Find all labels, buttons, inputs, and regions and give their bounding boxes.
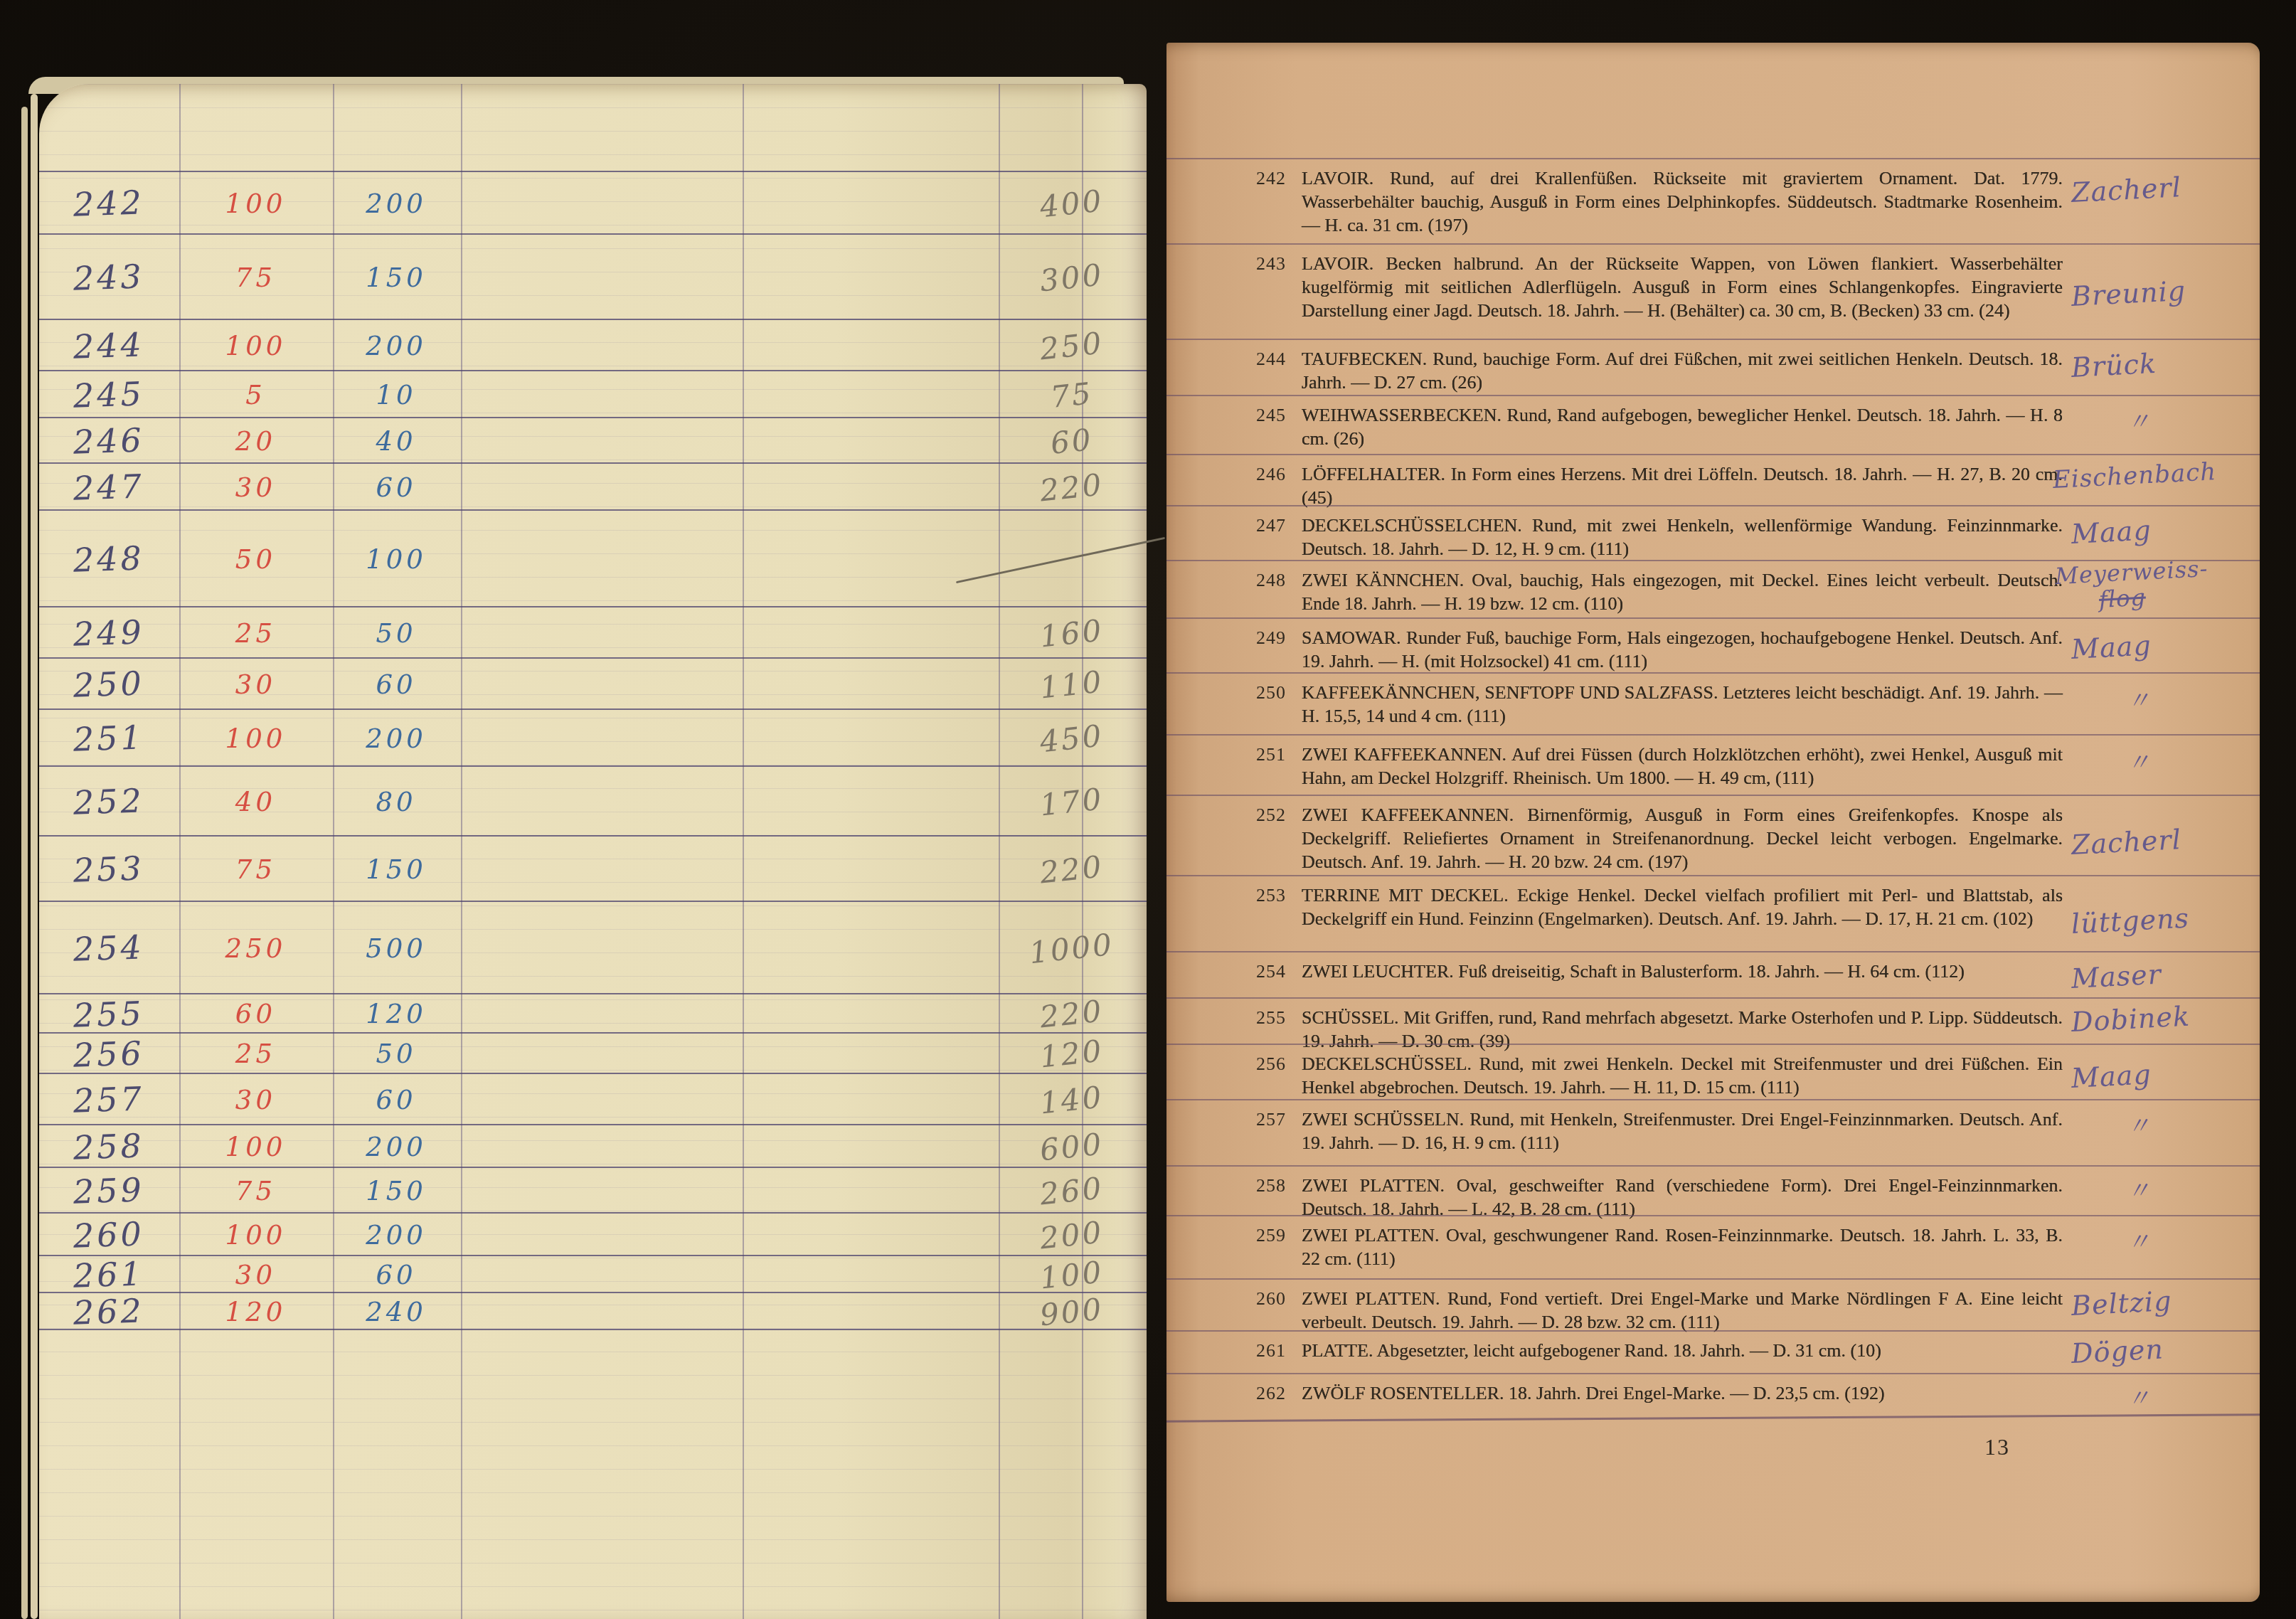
ledger-row: 2542505001000 — [39, 901, 1147, 994]
lot-number: 259 — [73, 1170, 145, 1211]
ledger-row: 260100200200 — [39, 1212, 1147, 1256]
estimate-low: 100 — [225, 189, 287, 219]
buyer-name: Beltzig — [2071, 1280, 2265, 1322]
hammer-price: 450 — [1038, 718, 1105, 759]
estimate-high: 200 — [366, 1132, 427, 1162]
lot-number: 254 — [73, 928, 145, 968]
entry-text: LÖFFELHALTER. In Form eines Herzens. Mit… — [1302, 455, 2063, 509]
entry-text: TAUFBECKEN. Rund, bauchige Form. Auf dre… — [1302, 340, 2063, 394]
estimate-high: 50 — [376, 618, 416, 649]
estimate-low: 75 — [235, 854, 276, 885]
entry-number: 261 — [1246, 1340, 1286, 1361]
ledger-row: 2473060220 — [39, 462, 1147, 511]
hammer-price: 260 — [1038, 1170, 1105, 1211]
estimate-high: 200 — [366, 723, 427, 754]
ledger-row-end — [39, 1329, 1147, 1332]
entry-number: 259 — [1246, 1225, 1286, 1246]
entry-text: LAVOIR. Becken halbrund. An der Rückseit… — [1302, 245, 2063, 322]
ledger-row: 2492550160 — [39, 606, 1147, 659]
entry-number: 250 — [1246, 682, 1286, 704]
buyer-name: Dögen — [2071, 1328, 2265, 1369]
hammer-price: 1000 — [1028, 926, 1115, 970]
entry-number: 246 — [1246, 464, 1286, 485]
ledger-row: 2503060110 — [39, 657, 1147, 710]
ledger-row: 25375150220 — [39, 835, 1147, 902]
catalog-page: 242LAVOIR. Rund, auf drei Krallenfüßen. … — [1166, 43, 2260, 1602]
entry-number: 256 — [1246, 1053, 1286, 1075]
lot-number: 249 — [73, 612, 145, 653]
catalog-entry: 245WEIHWASSERBECKEN. Rund, Rand aufgebog… — [1166, 395, 2260, 455]
estimate-high: 60 — [376, 1085, 416, 1115]
estimate-high: 240 — [366, 1297, 427, 1327]
ledger-row: 24850100 — [39, 509, 1147, 607]
estimate-high: 60 — [376, 472, 416, 503]
entry-number: 249 — [1246, 627, 1286, 649]
lot-number: 256 — [73, 1034, 145, 1074]
lot-number: 246 — [73, 420, 145, 461]
buyer-name: Maag — [2071, 1053, 2265, 1094]
hammer-price: 220 — [1038, 849, 1105, 890]
lot-number: 255 — [73, 994, 145, 1034]
estimate-high: 120 — [366, 999, 427, 1029]
entry-number: 245 — [1246, 405, 1286, 426]
hammer-price: 60 — [1049, 422, 1095, 461]
catalog-entry: 255SCHÜSSEL. Mit Griffen, rund, Rand meh… — [1166, 997, 2260, 1045]
entry-text: ZWEI KAFFEEKANNEN. Auf drei Füssen (durc… — [1302, 736, 2063, 790]
entry-number: 258 — [1246, 1175, 1286, 1196]
estimate-low: 100 — [225, 1220, 287, 1251]
catalog-entry: 244TAUFBECKEN. Rund, bauchige Form. Auf … — [1166, 339, 2260, 396]
entry-number: 248 — [1246, 570, 1286, 591]
catalog-entry: 256DECKELSCHÜSSEL. Rund, mit zwei Henkel… — [1166, 1044, 2260, 1100]
lot-number: 244 — [73, 325, 145, 366]
catalog-entry: 254ZWEI LEUCHTER. Fuß dreiseitig, Schaft… — [1166, 951, 2260, 999]
entry-number: 244 — [1246, 349, 1286, 370]
entry-number: 262 — [1246, 1383, 1286, 1404]
buyer-ditto-mark: 〃 — [2071, 1101, 2296, 1145]
estimate-low: 30 — [235, 1260, 276, 1290]
hammer-price: 300 — [1038, 257, 1105, 298]
lot-number: 247 — [73, 467, 145, 507]
estimate-low: 75 — [235, 262, 276, 293]
catalog-entry: 246LÖFFELHALTER. In Form eines Herzens. … — [1166, 454, 2260, 506]
entry-text: ZWEI PLATTEN. Oval, geschweifter Rand (v… — [1302, 1167, 2063, 1221]
entry-text: WEIHWASSERBECKEN. Rund, Rand aufgebogen,… — [1302, 396, 2063, 450]
lot-number: 242 — [73, 183, 145, 223]
estimate-low: 25 — [235, 1039, 276, 1069]
page-number: 13 — [1984, 1434, 2010, 1460]
entry-text: DECKELSCHÜSSEL. Rund, mit zwei Henkeln. … — [1302, 1045, 2063, 1099]
buyer-name: Dobinek — [2071, 997, 2265, 1038]
estimate-high: 40 — [376, 426, 416, 457]
ledger-row: 24551075 — [39, 370, 1147, 418]
catalog-entry: 257ZWEI SCHÜSSELN. Rund, mit Henkeln, St… — [1166, 1099, 2260, 1167]
page-stack-edge — [21, 107, 28, 1619]
buyer-ditto-mark: 〃 — [2071, 397, 2296, 441]
estimate-high: 150 — [366, 854, 427, 885]
page-stack-edge — [31, 94, 38, 1619]
lot-number: 252 — [73, 781, 145, 822]
lot-number: 253 — [73, 849, 145, 889]
entry-number: 255 — [1246, 1007, 1286, 1029]
entry-text: PLATTE. Abgesetzter, leicht aufgebogener… — [1302, 1332, 2063, 1362]
estimate-low: 20 — [235, 426, 276, 457]
catalog-entry: 249SAMOWAR. Runder Fuß, bauchige Form, H… — [1166, 617, 2260, 674]
entry-number: 260 — [1246, 1288, 1286, 1310]
lot-number: 251 — [73, 718, 145, 758]
catalog-entry: 247DECKELSCHÜSSELCHEN. Rund, mit zwei He… — [1166, 505, 2260, 561]
lot-number: 243 — [73, 257, 145, 297]
buyer-ditto-mark: 〃 — [2071, 1374, 2296, 1418]
estimate-high: 500 — [366, 933, 427, 964]
estimate-high: 200 — [366, 1220, 427, 1251]
lot-number: 248 — [73, 538, 145, 579]
estimate-high: 80 — [376, 787, 416, 817]
estimate-low: 30 — [235, 472, 276, 503]
estimate-high: 50 — [376, 1039, 416, 1069]
buyer-name: lüttgens — [2071, 898, 2265, 940]
catalog-entry: 250KAFFEEKÄNNCHEN, SENFTOPF UND SALZFASS… — [1166, 672, 2260, 736]
buyer-name: Meyerweiss-flog — [2054, 553, 2250, 615]
ledger-row: 246204060 — [39, 417, 1147, 464]
buyer-name: Maag — [2071, 509, 2265, 550]
ledger-row: 2573060140 — [39, 1073, 1147, 1125]
hammer-price: 250 — [1038, 325, 1105, 366]
estimate-low: 60 — [235, 999, 276, 1029]
estimate-low: 40 — [235, 787, 276, 817]
buyer-ditto-mark: 〃 — [2071, 1217, 2296, 1261]
hammer-price: 160 — [1038, 612, 1105, 654]
catalog-entry: 243LAVOIR. Becken halbrund. An der Rücks… — [1166, 243, 2260, 340]
buyer-name: Brück — [2071, 342, 2265, 383]
estimate-low: 100 — [225, 1132, 287, 1162]
ledger-row: 258100200600 — [39, 1124, 1147, 1168]
buyer-ditto-mark: 〃 — [2071, 1166, 2296, 1210]
buyer-name: Zacherl — [2071, 819, 2265, 861]
entry-text: ZWEI PLATTEN. Rund, Fond vertieft. Drei … — [1302, 1280, 2063, 1334]
lot-number: 250 — [73, 664, 145, 704]
estimate-low: 120 — [225, 1297, 287, 1327]
buyer-name-line2: flog — [2098, 585, 2147, 612]
entry-text: ZWEI LEUCHTER. Fuß dreiseitig, Schaft in… — [1302, 952, 2063, 983]
estimate-low: 100 — [225, 723, 287, 754]
ledger-row: 24375150300 — [39, 233, 1147, 320]
estimate-low: 100 — [225, 331, 287, 361]
catalog-entry: 242LAVOIR. Rund, auf drei Krallenfüßen. … — [1166, 158, 2260, 245]
ledger-row: 2562550120 — [39, 1032, 1147, 1074]
ledger-row: 244100200250 — [39, 319, 1147, 371]
buyer-ditto-mark: 〃 — [2071, 738, 2296, 782]
catalog-entry: 261PLATTE. Abgesetzter, leicht aufgeboge… — [1166, 1330, 2260, 1374]
estimate-high: 60 — [376, 669, 416, 700]
buyer-name: Zacherl — [2071, 167, 2265, 208]
estimate-low: 30 — [235, 1085, 276, 1115]
estimate-high: 60 — [376, 1260, 416, 1290]
entry-number: 243 — [1246, 253, 1286, 275]
hammer-price: 220 — [1038, 993, 1105, 1034]
lot-number: 260 — [73, 1214, 145, 1255]
buyer-name: Breunig — [2071, 271, 2265, 312]
ledger-row: 242100200400 — [39, 171, 1147, 235]
entry-number: 251 — [1246, 744, 1286, 765]
catalog-entry: 262ZWÖLF ROSENTELLER. 18. Jahrh. Drei En… — [1166, 1373, 2260, 1418]
estimate-high: 200 — [366, 189, 427, 219]
entry-number: 257 — [1246, 1109, 1286, 1130]
hammer-price: 120 — [1038, 1033, 1105, 1074]
hammer-price: 600 — [1038, 1126, 1105, 1167]
estimate-high: 10 — [376, 380, 416, 410]
estimate-low: 5 — [245, 380, 266, 410]
estimate-low: 250 — [225, 933, 287, 964]
estimate-low: 75 — [235, 1176, 276, 1206]
hammer-price: 110 — [1038, 664, 1105, 705]
lot-number: 262 — [73, 1291, 145, 1332]
ledger-row: 251100200450 — [39, 708, 1147, 767]
entry-text: SAMOWAR. Runder Fuß, bauchige Form, Hals… — [1302, 619, 2063, 673]
hammer-price: 220 — [1038, 467, 1105, 508]
hammer-price: 400 — [1038, 183, 1105, 224]
estimate-low: 30 — [235, 669, 276, 700]
buyer-name: Maag — [2071, 624, 2265, 665]
estimate-high: 200 — [366, 331, 427, 361]
entry-number: 242 — [1246, 168, 1286, 189]
catalog-entry: 258ZWEI PLATTEN. Oval, geschweifter Rand… — [1166, 1165, 2260, 1216]
lot-number: 258 — [73, 1126, 145, 1167]
hammer-price: 170 — [1038, 781, 1105, 822]
lot-number: 245 — [73, 374, 145, 415]
ledger-page: 242100200400 24375150300 244100200250 24… — [39, 84, 1147, 1619]
lot-number: 261 — [73, 1254, 145, 1295]
estimate-low: 25 — [235, 618, 276, 649]
ledger-row: 2524080170 — [39, 765, 1147, 837]
ledger-row: 25560120220 — [39, 993, 1147, 1034]
catalog-entry: 251ZWEI KAFFEEKANNEN. Auf drei Füssen (d… — [1166, 734, 2260, 796]
open-auction-ledger-book: 242100200400 24375150300 244100200250 24… — [0, 0, 2296, 1619]
catalog-entry: 253TERRINE MIT DECKEL. Eckige Henkel. De… — [1166, 875, 2260, 952]
catalog-entry: 252ZWEI KAFFEEKANNEN. Birnenförmig, Ausg… — [1166, 795, 2260, 876]
entry-text: ZWEI KAFFEEKANNEN. Birnenförmig, Ausguß … — [1302, 796, 2063, 874]
buyer-ditto-mark: 〃 — [2071, 676, 2296, 720]
entry-text: TERRINE MIT DECKEL. Eckige Henkel. Decke… — [1302, 876, 2063, 930]
entry-number: 254 — [1246, 961, 1286, 982]
lot-number: 257 — [73, 1079, 145, 1120]
entry-text: KAFFEEKÄNNCHEN, SENFTOPF UND SALZFASS. L… — [1302, 674, 2063, 728]
buyer-name: Eischenbach — [2052, 455, 2247, 496]
entry-number: 253 — [1246, 885, 1286, 906]
hammer-price: 100 — [1038, 1254, 1105, 1295]
no-sale-slash — [956, 537, 1165, 583]
entry-number: 252 — [1246, 805, 1286, 826]
ledger-row: 25975150260 — [39, 1167, 1147, 1214]
catalog-entry: 260ZWEI PLATTEN. Rund, Fond vertieft. Dr… — [1166, 1278, 2260, 1332]
entry-text: ZWEI SCHÜSSELN. Rund, mit Henkeln, Strei… — [1302, 1100, 2063, 1154]
catalog-entry: 259ZWEI PLATTEN. Oval, geschwungener Ran… — [1166, 1215, 2260, 1280]
hammer-price: 140 — [1038, 1079, 1105, 1120]
estimate-low: 50 — [235, 544, 276, 575]
hammer-price: 200 — [1038, 1214, 1105, 1256]
estimate-high: 150 — [366, 262, 427, 293]
entry-number: 247 — [1246, 515, 1286, 536]
estimate-high: 150 — [366, 1176, 427, 1206]
entry-text: ZWEI KÄNNCHEN. Oval, bauchig, Hals einge… — [1302, 561, 2063, 615]
entry-text: ZWÖLF ROSENTELLER. 18. Jahrh. Drei Engel… — [1302, 1374, 2063, 1405]
entry-text: ZWEI PLATTEN. Oval, geschwungener Rand. … — [1302, 1216, 2063, 1270]
estimate-high: 100 — [366, 544, 427, 575]
buyer-name: Maser — [2071, 953, 2265, 994]
ledger-row: 2613060100 — [39, 1255, 1147, 1293]
entry-text: LAVOIR. Rund, auf drei Krallenfüßen. Rüc… — [1302, 159, 2063, 237]
ledger-row: 262120240900 — [39, 1292, 1147, 1330]
hammer-price: 75 — [1049, 376, 1095, 415]
hammer-price: 900 — [1038, 1291, 1105, 1332]
entry-text: DECKELSCHÜSSELCHEN. Rund, mit zwei Henke… — [1302, 506, 2063, 561]
catalog-entry: 248ZWEI KÄNNCHEN. Oval, bauchig, Hals ei… — [1166, 560, 2260, 619]
